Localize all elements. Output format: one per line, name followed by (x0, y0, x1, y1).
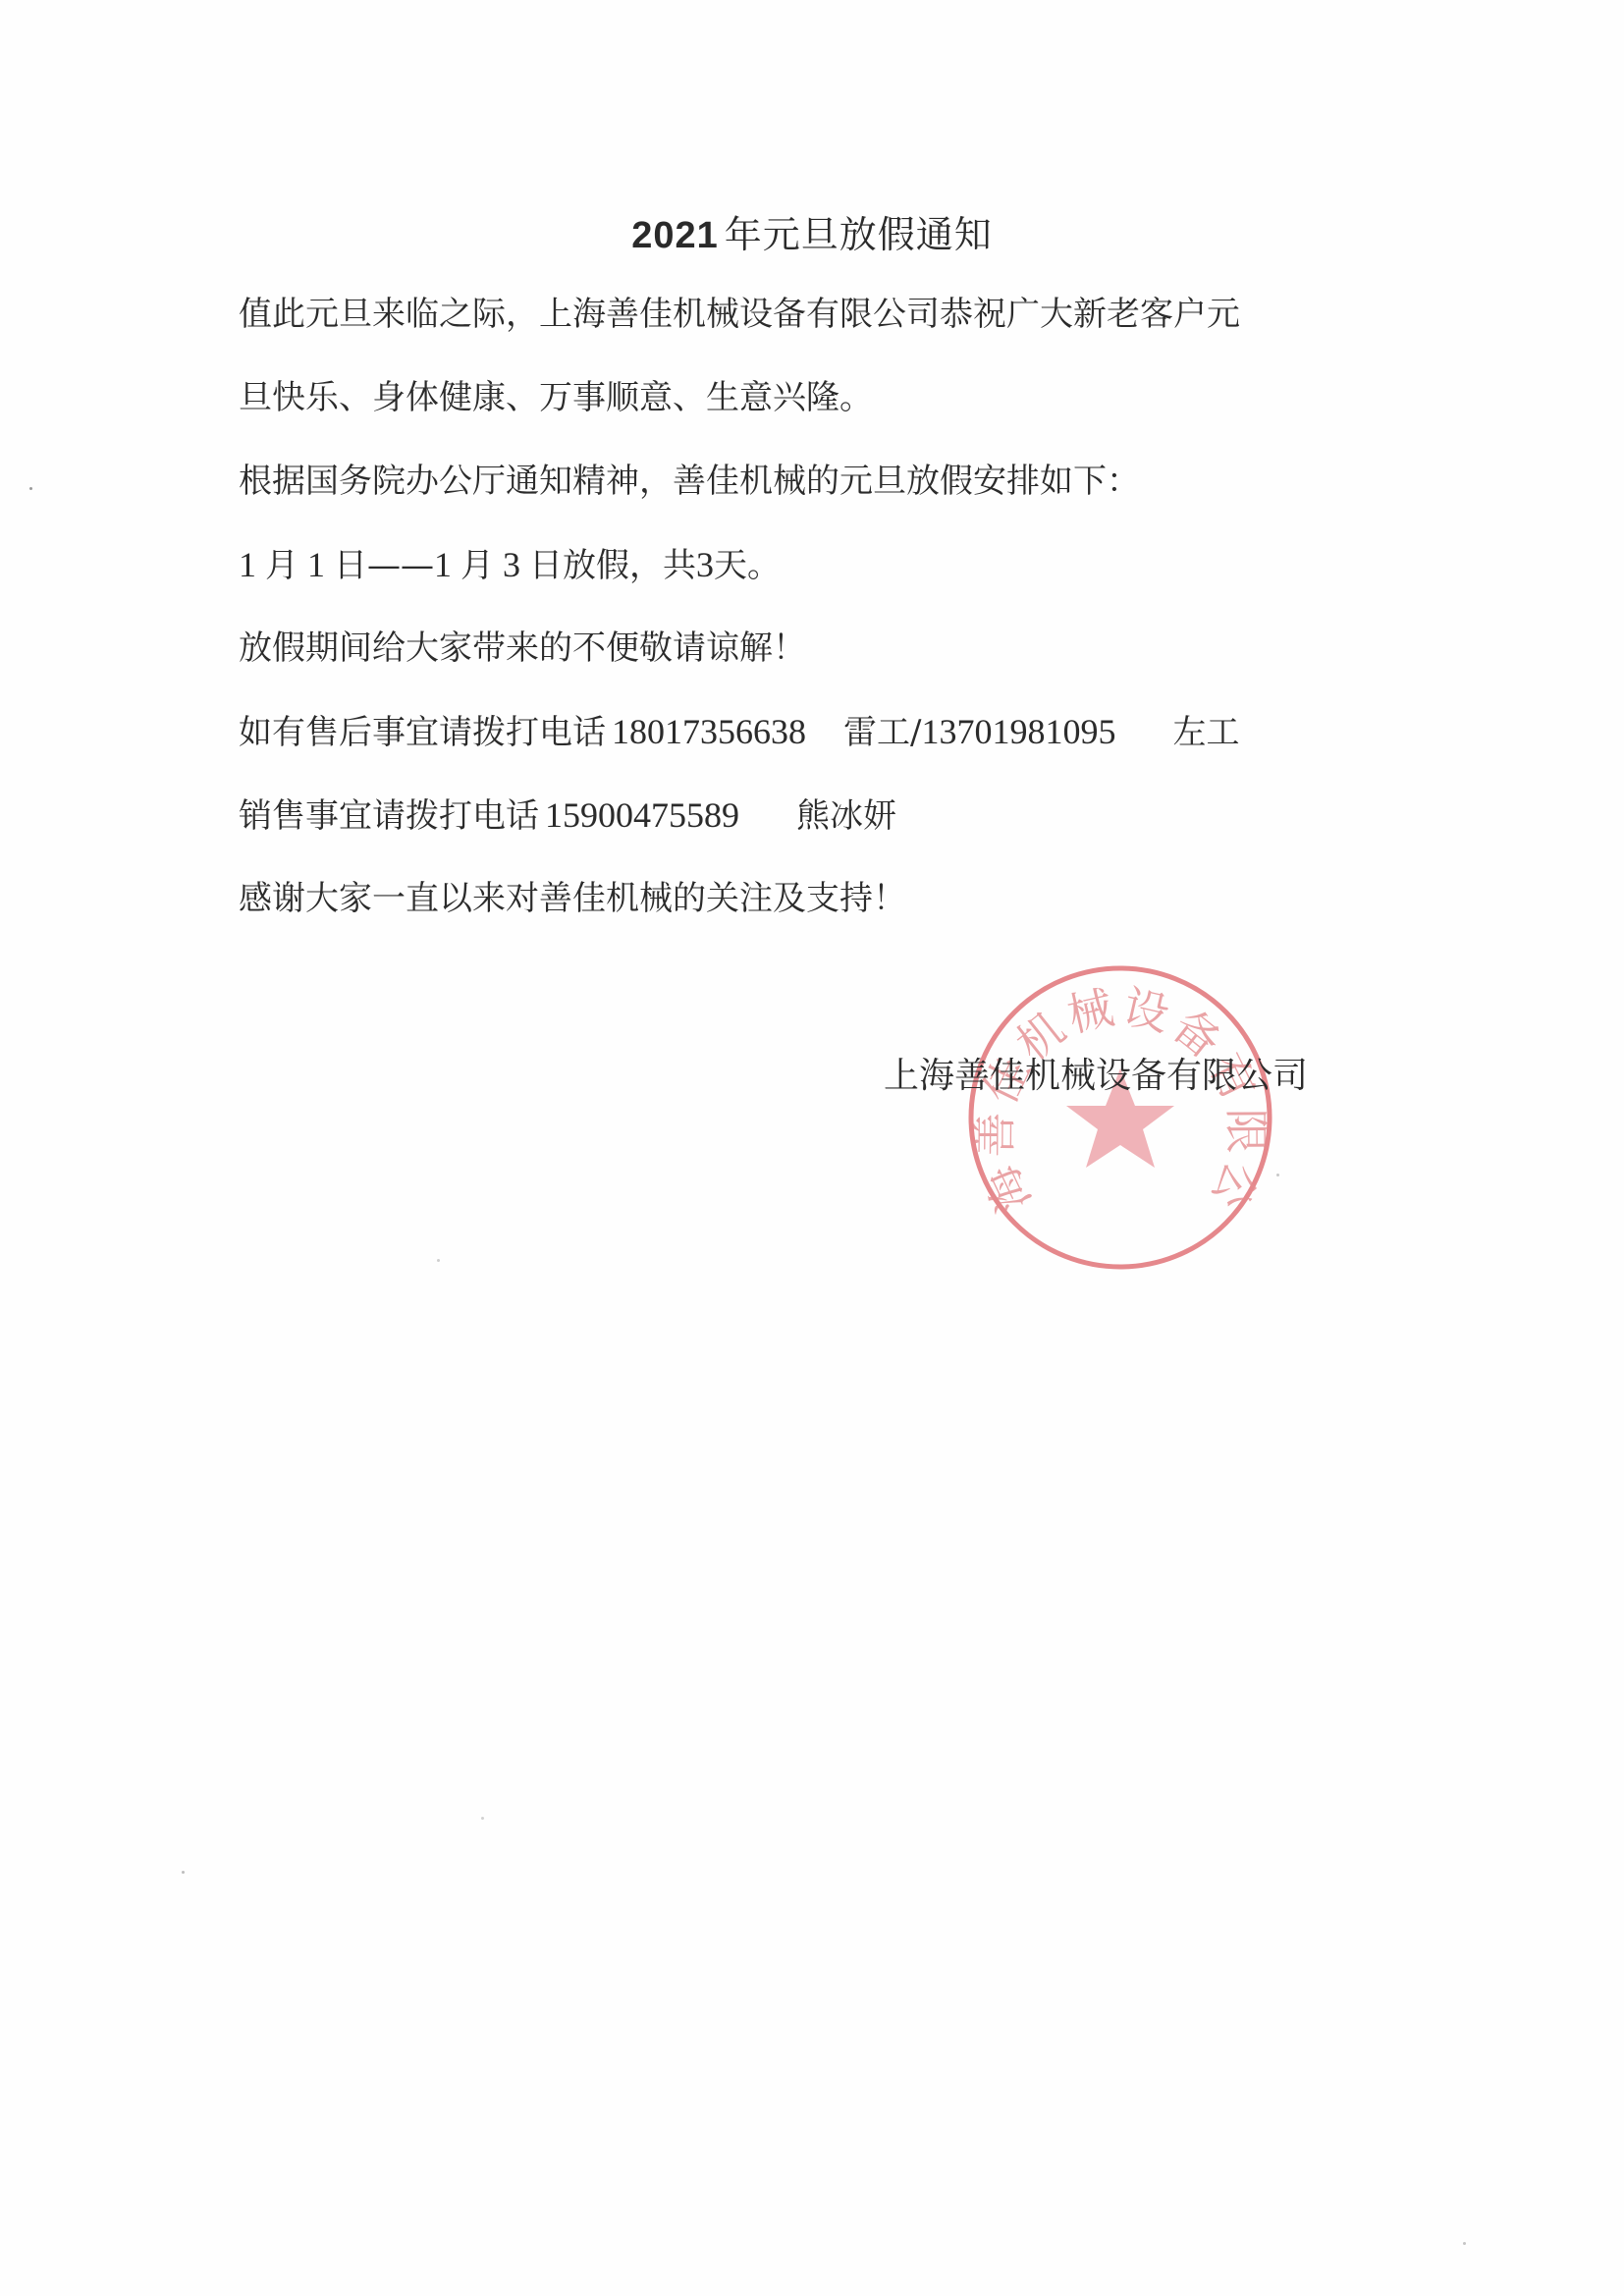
sales-phone: 15900475589 (545, 795, 739, 835)
arrangement-intro: 根据国务院办公厅通知精神，善佳机械的元旦放假安排如下： (239, 462, 1140, 501)
holiday-dates: 1月1日——1月3日放假，共3天。 (239, 545, 781, 585)
after-sales-contact-1: 雷工/ (843, 713, 921, 752)
scan-speck (182, 1871, 185, 1874)
scan-speck (29, 487, 32, 490)
title-year: 2021 (631, 215, 719, 256)
day-label: 日 (334, 546, 367, 585)
greeting-paragraph-line-1: 值此元旦来临之际，上海善佳机械设备有限公司恭祝广大新老客户元 (239, 295, 1240, 334)
greeting-paragraph-line-2: 旦快乐、身体健康、万事顺意、生意兴隆。 (239, 378, 873, 417)
days-label: 天。 (714, 546, 781, 585)
month-label: 月 (265, 546, 298, 585)
after-sales-phone-1: 18017356638 (612, 712, 806, 751)
off-label: 放假，共 (563, 546, 696, 585)
thanks-line: 感谢大家一直以来对善佳机械的关注及支持！ (239, 879, 906, 918)
document-page: 2021年元旦放假通知 值此元旦来临之际，上海善佳机械设备有限公司恭祝广大新老客… (0, 0, 1624, 2296)
scan-speck (481, 1817, 484, 1820)
month-label-2: 月 (460, 546, 494, 585)
scan-speck (1463, 2242, 1466, 2245)
apology-line: 放假期间给大家带来的不便敬请谅解！ (239, 629, 806, 668)
end-month: 1 (434, 545, 452, 584)
end-day: 3 (503, 545, 520, 584)
after-sales-line: 如有售后事宜请拨打电话18017356638雷工/13701981095左工 (239, 712, 1239, 752)
scan-speck (1276, 1174, 1279, 1176)
after-sales-label: 如有售后事宜请拨打电话 (239, 713, 606, 752)
scan-speck (437, 1259, 440, 1262)
company-seal: 上海善佳机械设备有限公司 (965, 962, 1275, 1273)
title-text: 年元旦放假通知 (725, 213, 993, 256)
date-dash: —— (367, 546, 434, 585)
after-sales-contact-2: 左工 (1172, 713, 1239, 752)
sales-label: 销售事宜请拨打电话 (239, 796, 539, 836)
page-title: 2021年元旦放假通知 (0, 204, 1624, 258)
sales-contact: 熊冰妍 (796, 796, 896, 836)
after-sales-phone-2: 13701981095 (921, 712, 1115, 751)
company-signature: 上海善佳机械设备有限公司 (884, 1055, 1308, 1098)
start-day: 1 (307, 545, 325, 584)
sales-line: 销售事宜请拨打电话15900475589熊冰妍 (239, 795, 896, 836)
start-month: 1 (239, 545, 256, 584)
total-days: 3 (696, 545, 714, 584)
day-label-2: 日 (529, 546, 563, 585)
